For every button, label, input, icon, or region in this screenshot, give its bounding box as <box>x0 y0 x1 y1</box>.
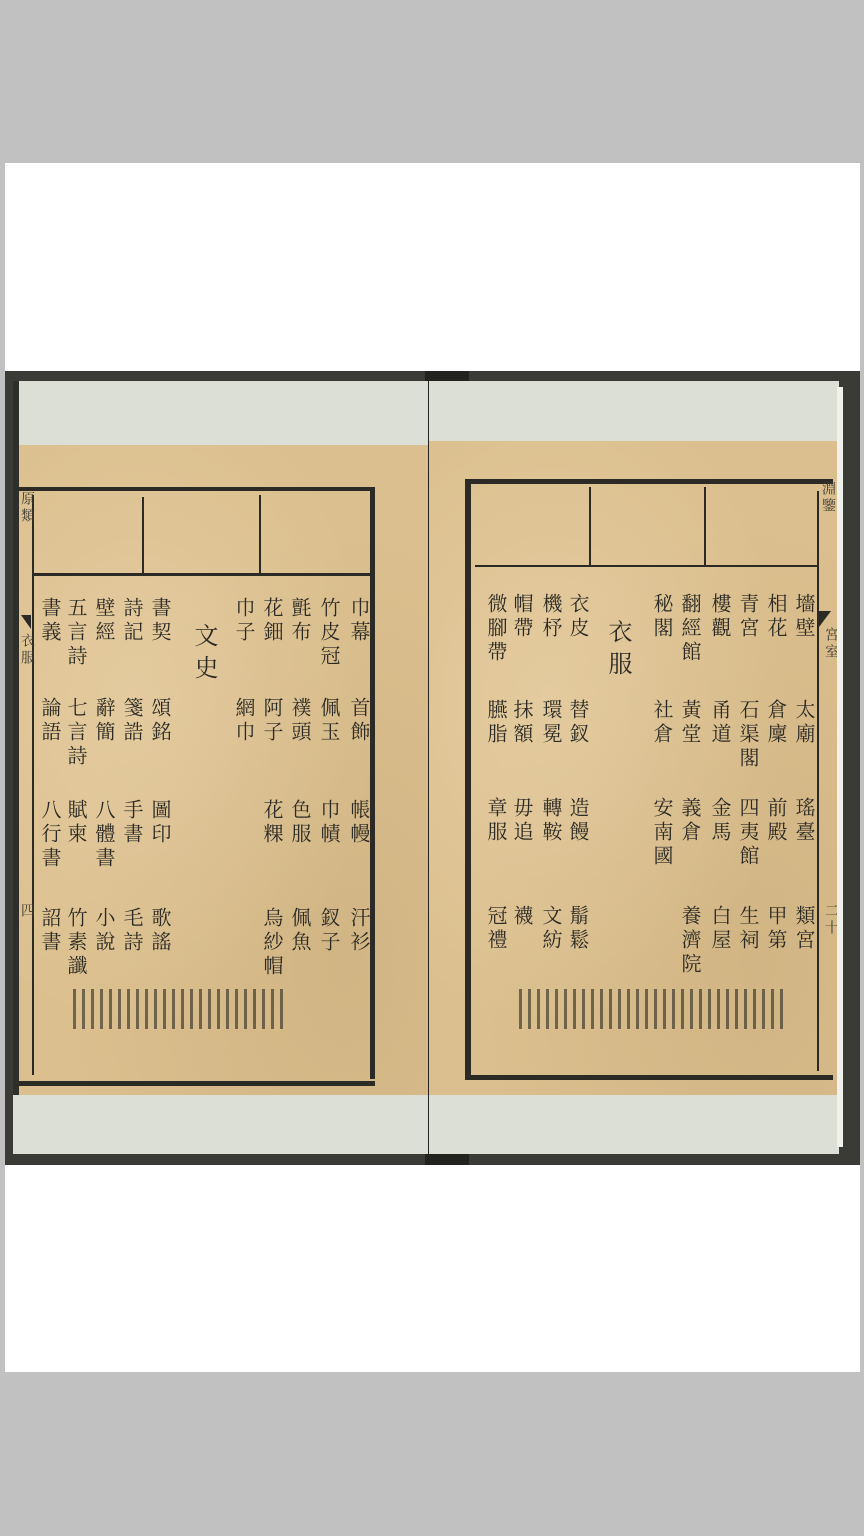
entry-column: 養濟院 <box>679 905 701 977</box>
entry-column: 氈布 <box>289 597 311 645</box>
entry-column: 八體書 <box>93 799 115 871</box>
entry-column: 青宮 <box>737 593 759 641</box>
fishtail-mark-icon <box>21 615 31 629</box>
entry-column: 色服 <box>289 799 311 847</box>
entry-column: 秘閣 <box>651 593 673 641</box>
entry-column: 樓觀 <box>709 593 731 641</box>
page-stack-edge <box>837 387 843 1147</box>
right-page-paper: 淵鑒 宮室 二十 墻壁 太廟 瑤臺 類宮 相花 倉廩 前殿 甲第 青宮 石渠閣 … <box>429 441 839 1095</box>
entry-column: 安南國 <box>651 797 673 869</box>
entry-column: 花鈿 <box>261 597 283 645</box>
header-divider-1 <box>142 497 144 573</box>
entry-column: 花粿 <box>261 799 283 847</box>
entry-column: 倉廩 <box>765 699 787 747</box>
margin-section: 衣服 <box>17 633 37 667</box>
entry-column: 釵子 <box>318 907 340 955</box>
entry-column: 社倉 <box>651 699 673 747</box>
entry-column: 汗衫 <box>348 907 370 955</box>
header-bottom-rule <box>475 565 817 567</box>
entry-column: 文紡 <box>540 905 562 953</box>
entry-column: 白屋 <box>709 905 731 953</box>
entry-column: 四夷館 <box>737 797 759 869</box>
entry-column: 章服 <box>485 797 507 845</box>
entry-column: 詩記 <box>121 597 143 645</box>
fishtail-mark-icon <box>819 611 831 627</box>
entry-column: 衣皮 <box>567 593 589 641</box>
book-scan-image: 原類 衣服 四 巾幕 首飾 帳幔 汗衫 竹皮冠 佩玉 巾幘 釵子 氈布 襆頭 色… <box>5 371 860 1165</box>
entry-column: 竹素讖 <box>65 907 87 979</box>
entry-column: 帳幔 <box>348 799 370 847</box>
entry-column: 七言詩 <box>65 697 87 769</box>
entry-column: 襆頭 <box>289 697 311 745</box>
entry-column: 歌謠 <box>149 907 171 955</box>
entry-column: 論語 <box>39 697 61 745</box>
entry-column: 八行書 <box>39 799 61 871</box>
left-edge <box>13 381 19 1095</box>
entry-column: 石渠閣 <box>737 699 759 771</box>
entry-column: 賦柬 <box>65 799 87 847</box>
entry-column: 巾幕 <box>348 597 370 645</box>
entry-column: 抹額 <box>511 699 533 747</box>
entry-column: 翻經館 <box>679 593 701 665</box>
frame-right-border <box>370 487 375 1079</box>
entry-column: 圖印 <box>149 799 171 847</box>
entry-column: 書義 <box>39 597 61 645</box>
entry-column: 替釵 <box>567 699 589 747</box>
entry-column: 巾子 <box>233 597 255 645</box>
entry-column: 佩玉 <box>318 697 340 745</box>
frame-bottom-border <box>13 1081 375 1086</box>
entry-column: 機杼 <box>540 593 562 641</box>
entry-column: 阿子 <box>261 697 283 745</box>
entry-column: 轉鞍 <box>540 797 562 845</box>
section-heading: 文史 <box>193 623 215 687</box>
frame-top-border <box>13 487 375 491</box>
entry-column: 辭簡 <box>93 697 115 745</box>
entry-column: 佩魚 <box>289 907 311 955</box>
entry-column: 毋追 <box>511 797 533 845</box>
left-page-paper: 原類 衣服 四 巾幕 首飾 帳幔 汗衫 竹皮冠 佩玉 巾幘 釵子 氈布 襆頭 色… <box>13 445 428 1095</box>
bottom-endpaper <box>429 1095 839 1154</box>
entry-column: 前殿 <box>765 797 787 845</box>
header-bottom-rule <box>32 573 370 576</box>
entry-column: 墻壁 <box>793 593 815 641</box>
right-page: 淵鑒 宮室 二十 墻壁 太廟 瑤臺 類宮 相花 倉廩 前殿 甲第 青宮 石渠閣 … <box>429 381 839 1154</box>
frame-bottom-border <box>465 1075 833 1080</box>
ink-bleed-smudge <box>519 989 789 1029</box>
margin-page-number: 四 <box>17 903 37 920</box>
inner-right-rule <box>817 491 819 1071</box>
top-endpaper <box>13 381 428 445</box>
entry-column: 太廟 <box>793 699 815 747</box>
entry-column: 帽帶 <box>511 593 533 641</box>
entry-column: 環冕 <box>540 699 562 747</box>
frame-top-border <box>465 479 833 484</box>
entry-column: 毛詩 <box>121 907 143 955</box>
bottom-endpaper <box>13 1095 428 1154</box>
frame-left-border <box>465 479 471 1079</box>
header-divider-2 <box>704 487 706 565</box>
margin-title: 原類 <box>17 491 37 525</box>
left-page: 原類 衣服 四 巾幕 首飾 帳幔 汗衫 竹皮冠 佩玉 巾幘 釵子 氈布 襆頭 色… <box>13 381 428 1154</box>
entry-column: 烏紗帽 <box>261 907 283 979</box>
entry-column: 頌銘 <box>149 697 171 745</box>
entry-column: 書契 <box>149 597 171 645</box>
entry-column: 黃堂 <box>679 699 701 747</box>
entry-column: 箋誥 <box>121 697 143 745</box>
entry-column: 生祠 <box>737 905 759 953</box>
header-divider-1 <box>589 487 591 565</box>
entry-column: 襪 <box>511 905 533 929</box>
entry-column: 巾幘 <box>318 799 340 847</box>
entry-column: 造饅 <box>567 797 589 845</box>
entry-column: 鬅鬆 <box>567 905 589 953</box>
section-heading: 衣服 <box>607 619 629 683</box>
margin-title: 淵鑒 <box>818 481 838 515</box>
entry-column: 微腳帶 <box>485 593 507 665</box>
entry-column: 壁經 <box>93 597 115 645</box>
top-endpaper <box>429 381 839 441</box>
entry-column: 竹皮冠 <box>318 597 340 669</box>
entry-column: 瑤臺 <box>793 797 815 845</box>
entry-column: 手書 <box>121 799 143 847</box>
header-divider-2 <box>259 495 261 573</box>
entry-column: 冠禮 <box>485 905 507 953</box>
entry-column: 相花 <box>765 593 787 641</box>
entry-column: 甲第 <box>765 905 787 953</box>
ink-bleed-smudge <box>73 989 283 1029</box>
entry-column: 金馬 <box>709 797 731 845</box>
entry-column: 詔書 <box>39 907 61 955</box>
entry-column: 五言詩 <box>65 597 87 669</box>
inner-left-rule <box>32 495 34 1075</box>
entry-column: 網巾 <box>233 697 255 745</box>
entry-column: 甬道 <box>709 699 731 747</box>
entry-column: 義倉 <box>679 797 701 845</box>
entry-column: 首飾 <box>348 697 370 745</box>
entry-column: 小說 <box>93 907 115 955</box>
entry-column: 類宮 <box>793 905 815 953</box>
entry-column: 臙脂 <box>485 699 507 747</box>
